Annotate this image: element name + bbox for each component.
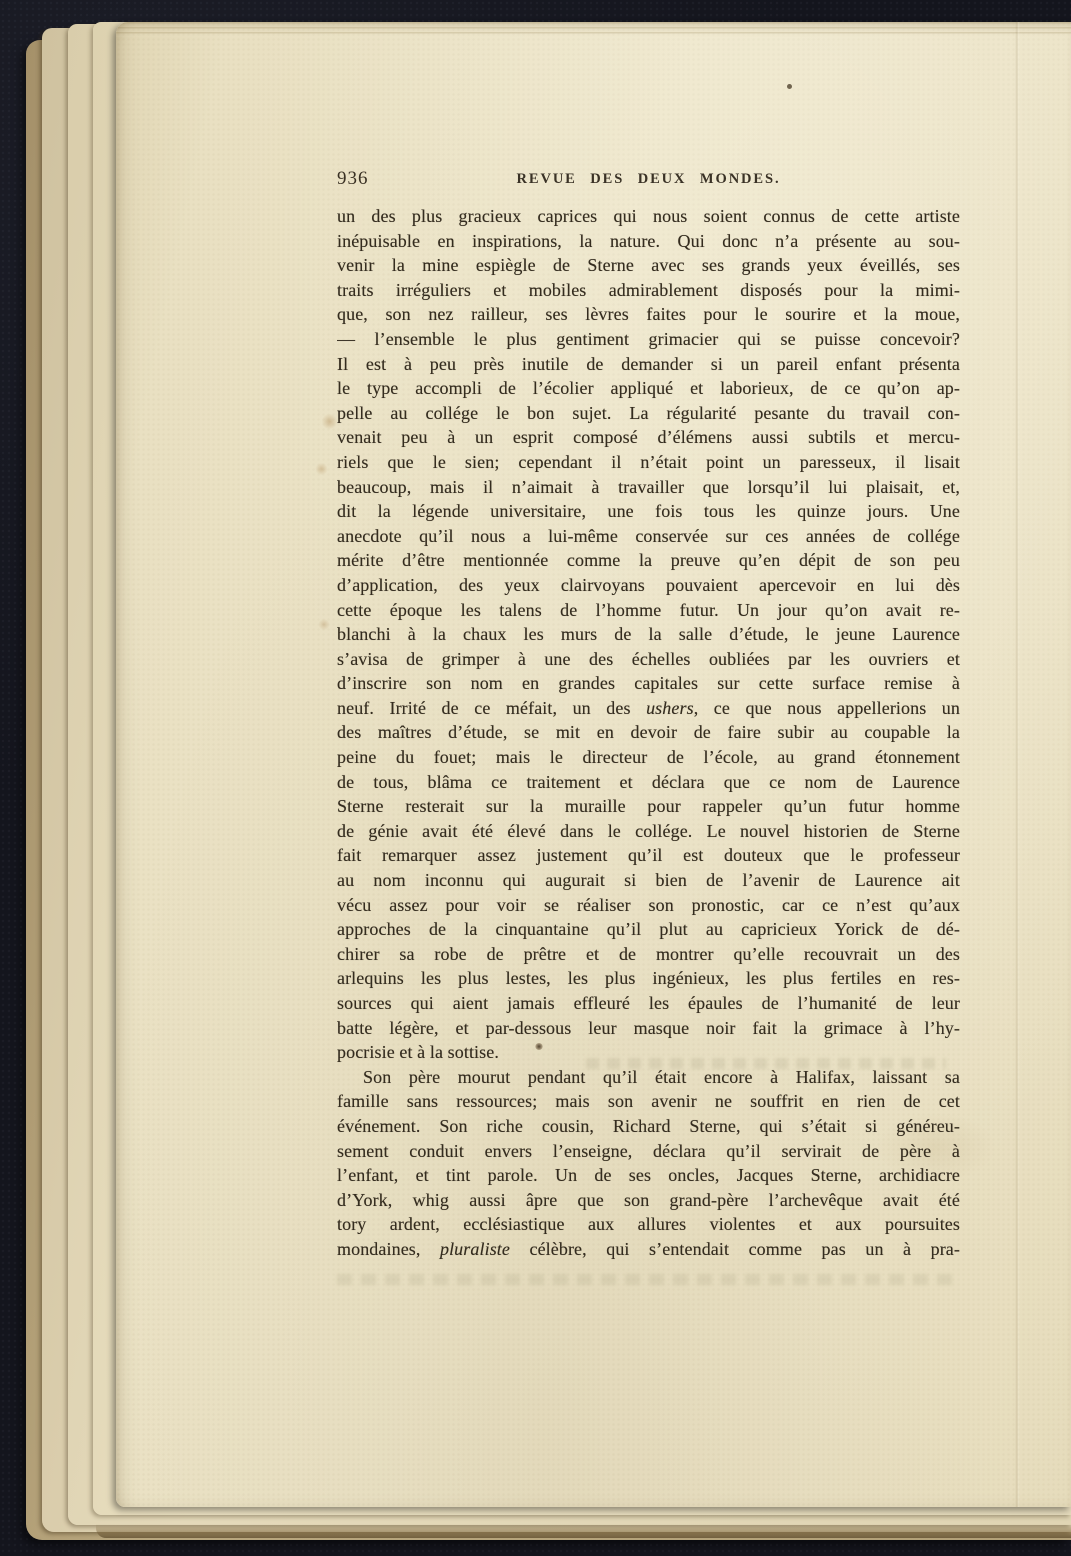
ink-spot (787, 84, 792, 89)
book-page: 936 REVUE DES DEUX MONDES. un des plus g… (116, 22, 1071, 1507)
text-line: traits irréguliers et mobiles admirablem… (337, 278, 960, 303)
text-line: peine du fouet; mais le directeur de l’é… (337, 745, 960, 770)
text-line: dit la légende universitaire, une fois t… (337, 499, 960, 524)
running-title: REVUE DES DEUX MONDES. (337, 171, 960, 188)
text-line: mérite d’être mentionnée comme la preuve… (337, 548, 960, 573)
text-line: le type accompli de l’écolier appliqué e… (337, 376, 960, 401)
text-line: anecdote qu’il nous a lui-même conservée… (337, 524, 960, 549)
text-line: inépuisable en inspirations, la nature. … (337, 229, 960, 254)
text-line: événement. Son riche cousin, Richard Ste… (337, 1114, 960, 1139)
text-line: de génie avait été élevé dans le collége… (337, 819, 960, 844)
text-line: l’enfant, et tint parole. Un de ses oncl… (337, 1163, 960, 1188)
text-line: mondaines, pluraliste célèbre, qui s’ent… (337, 1237, 960, 1262)
paragraph: Son père mourut pendant qu’il était enco… (337, 1065, 960, 1262)
text-line: arlequins les plus lestes, les plus ingé… (337, 966, 960, 991)
foxing-stain (315, 463, 328, 475)
text-line: d’inscrire son nom en grandes capitales … (337, 671, 960, 696)
text-line: s’avisa de grimper à une des échelles ou… (337, 647, 960, 672)
text-line: d’application, des yeux clairvoyans pouv… (337, 573, 960, 598)
text-line: — l’ensemble le plus gentiment grimacier… (337, 327, 960, 352)
text-line: riels que le sien; cependant il n’était … (337, 450, 960, 475)
text-block: 936 REVUE DES DEUX MONDES. un des plus g… (337, 168, 960, 1262)
book-block-bottom-edge (96, 1524, 1071, 1538)
text-line: beaucoup, mais il n’aimait à travailler … (337, 475, 960, 500)
text-line: tory ardent, ecclésiastique aux allures … (337, 1212, 960, 1237)
text-line: Il est à peu près inutile de demander si… (337, 352, 960, 377)
paragraph: un des plus gracieux caprices qui nous s… (337, 204, 960, 1065)
italic-text: pluraliste (440, 1239, 510, 1259)
photograph-backdrop: 936 REVUE DES DEUX MONDES. un des plus g… (0, 0, 1071, 1556)
text-line: approches de la cinquantaine qu’il plut … (337, 917, 960, 942)
text-body: un des plus gracieux caprices qui nous s… (337, 204, 960, 1262)
text-line: Sterne resterait sur la muraille pour ra… (337, 794, 960, 819)
italic-text: ushers (646, 698, 694, 718)
text-line: vécu assez pour voir se réaliser son pro… (337, 893, 960, 918)
text-line: de tous, blâma ce traitement et déclara … (337, 770, 960, 795)
text-line: pocrisie et à la sottise. (337, 1040, 960, 1065)
text-line: un des plus gracieux caprices qui nous s… (337, 204, 960, 229)
text-line: venir la mine espiègle de Sterne avec se… (337, 253, 960, 278)
text-line: cette époque les talens de l’homme futur… (337, 598, 960, 623)
text-line: sement conduit envers l’enseigne, déclar… (337, 1139, 960, 1164)
text-line: que, son nez railleur, ses lèvres faites… (337, 302, 960, 327)
show-through-text (337, 1274, 957, 1285)
text-line: pelle au collége le bon sujet. La régula… (337, 401, 960, 426)
text-line: neuf. Irrité de ce méfait, un des ushers… (337, 696, 960, 721)
text-line: fait remarquer assez justement qu’il est… (337, 843, 960, 868)
text-line: famille sans ressources; mais son avenir… (337, 1089, 960, 1114)
text-line: chirer sa robe de prêtre et de montrer q… (337, 942, 960, 967)
text-line: Son père mourut pendant qu’il était enco… (337, 1065, 960, 1090)
text-line: au nom inconnu qui augurait si bien de l… (337, 868, 960, 893)
foxing-stain (318, 619, 330, 630)
text-line: batte légère, et par-dessous leur masque… (337, 1016, 960, 1041)
text-line: sources qui aient jamais effleuré les ép… (337, 991, 960, 1016)
text-line: des maîtres d’étude, se mit en devoir de… (337, 720, 960, 745)
page-header: 936 REVUE DES DEUX MONDES. (337, 168, 960, 188)
page-crease (1015, 22, 1020, 1507)
text-line: venait peu à un esprit composé d’élémens… (337, 425, 960, 450)
text-line: blanchi à la chaux les murs de la salle … (337, 622, 960, 647)
text-line: d’York, whig aussi âpre que son grand-pè… (337, 1188, 960, 1213)
foxing-stain (321, 414, 338, 429)
